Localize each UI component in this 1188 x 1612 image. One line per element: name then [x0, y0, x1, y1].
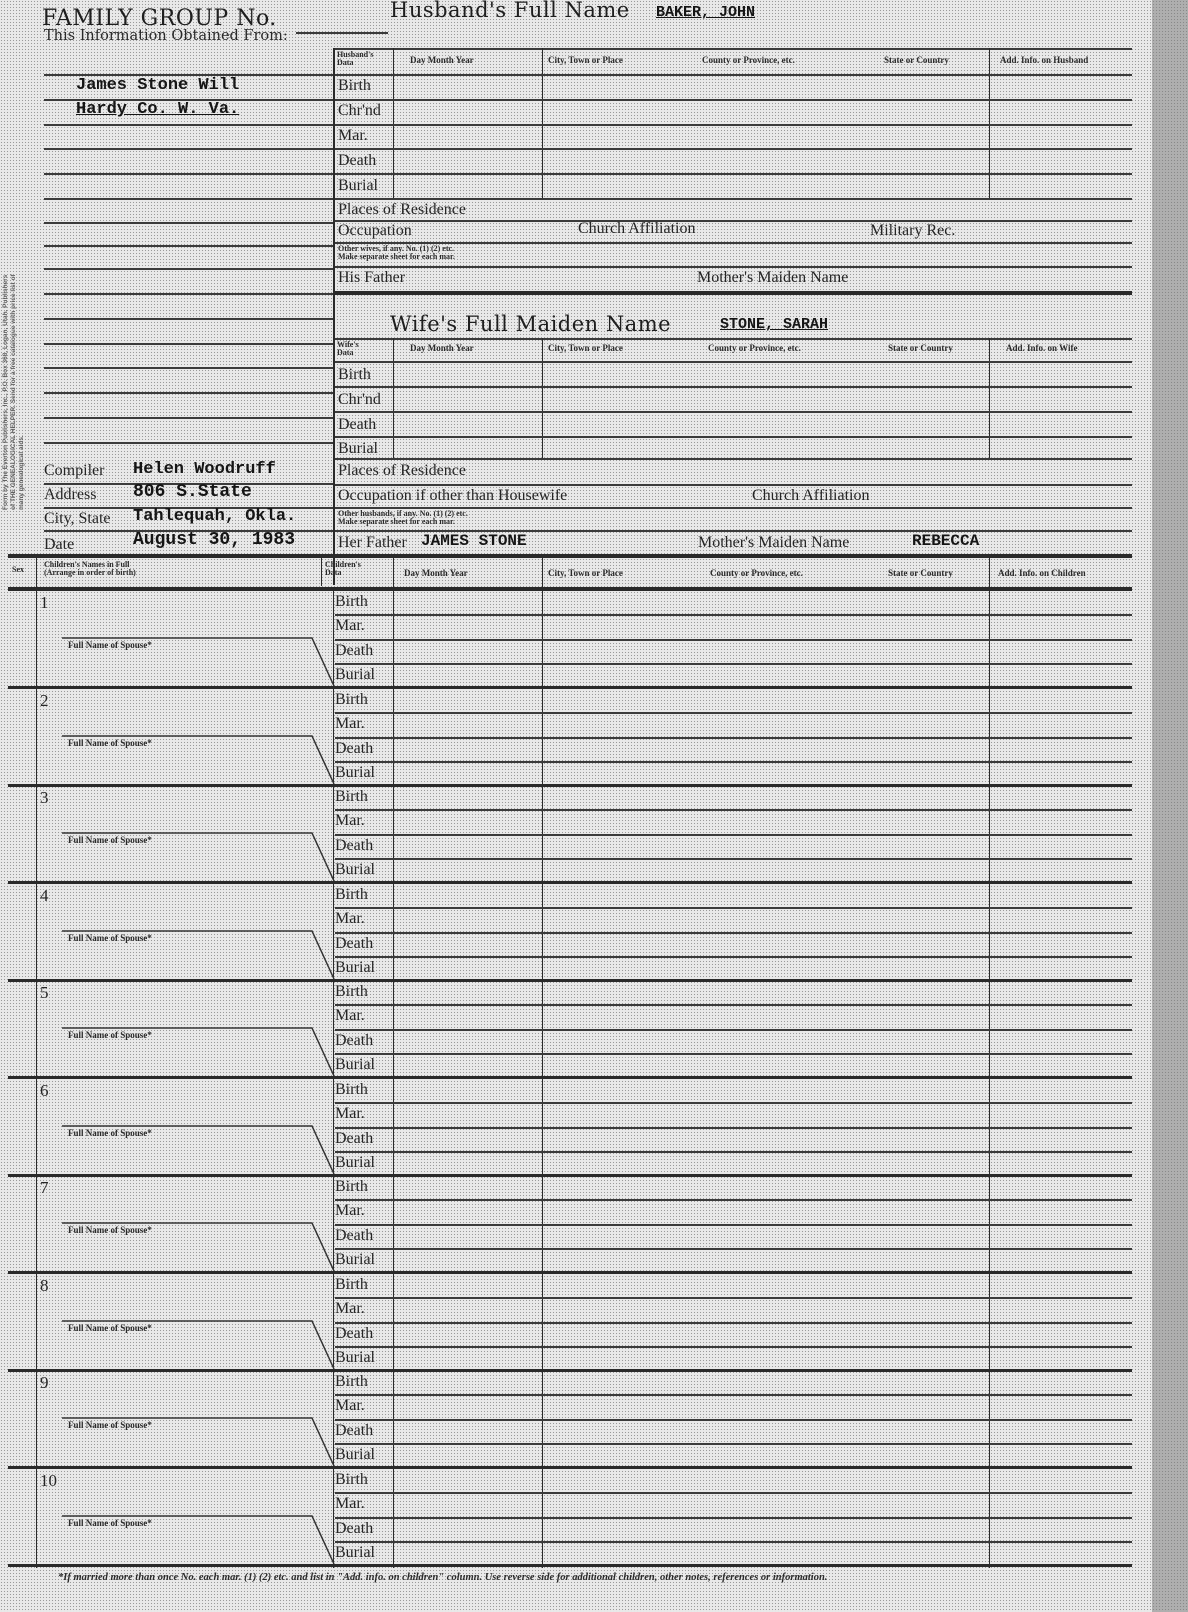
date-label: Date	[44, 536, 74, 554]
husband-row-line	[335, 173, 1132, 175]
child-place-field[interactable]	[545, 1030, 987, 1052]
child-name-field[interactable]	[58, 1275, 318, 1299]
child-addinfo-field[interactable]	[992, 1493, 1130, 1515]
source-line	[44, 173, 333, 175]
child-row-birth: Birth	[335, 1373, 368, 1391]
child-place-field[interactable]	[545, 762, 987, 784]
child-addinfo-field[interactable]	[992, 957, 1130, 979]
husband-row-birth: Birth	[338, 77, 371, 95]
wife-row-line	[335, 386, 1132, 388]
child-date-field[interactable]	[396, 1249, 540, 1271]
child-addinfo-field[interactable]	[992, 1371, 1130, 1393]
child-row-birth: Birth	[335, 788, 368, 806]
child-place-field[interactable]	[545, 1005, 987, 1027]
child-place-field[interactable]	[545, 1469, 987, 1491]
child-row-line	[335, 1492, 1132, 1494]
child-date-field[interactable]	[396, 1323, 540, 1345]
child-row-burial: Burial	[335, 959, 375, 977]
child-place-field[interactable]	[545, 1420, 987, 1442]
wife-occupation: Occupation if other than Housewife	[338, 487, 567, 505]
child-addinfo-field[interactable]	[992, 1225, 1130, 1247]
children-col-state: State or Country	[888, 568, 953, 578]
child-date-field[interactable]	[396, 713, 540, 735]
child-row-line	[335, 1199, 1132, 1201]
child-addinfo-field[interactable]	[992, 1323, 1130, 1345]
children-data-header-line2: Data	[325, 569, 361, 577]
child-name-field[interactable]	[58, 1080, 318, 1104]
child-place-field[interactable]	[545, 615, 987, 637]
husband-name-value[interactable]: BAKER, JOHN	[656, 4, 755, 21]
husband-his-father: His Father	[338, 269, 405, 287]
child-row-line	[335, 1322, 1132, 1324]
family-group-number-field[interactable]	[300, 10, 386, 32]
child-addinfo-field[interactable]	[992, 1518, 1130, 1540]
child-place-field[interactable]	[545, 1079, 987, 1101]
child-place-field[interactable]	[545, 1152, 987, 1174]
child-row-birth: Birth	[335, 983, 368, 1001]
source-line	[44, 318, 333, 320]
compiler-value[interactable]: Helen Woodruff	[133, 460, 276, 479]
wife-row-line	[335, 484, 1132, 486]
husband-section-bottom	[335, 291, 1132, 295]
child-addinfo-field[interactable]	[992, 615, 1130, 637]
child-number: 8	[40, 1276, 49, 1296]
child-row-line	[335, 1102, 1132, 1104]
wife-date-col-divider	[393, 338, 394, 458]
child-place-field[interactable]	[545, 933, 987, 955]
child-name-field[interactable]	[58, 787, 318, 811]
spouse-bracket-line	[60, 930, 340, 982]
child-row-burial: Burial	[335, 1154, 375, 1172]
wife-data-header-text: Wife's Data	[337, 341, 377, 357]
children-date-col-divider	[393, 556, 394, 1568]
child-row-mar: Mar.	[335, 1202, 365, 1220]
child-row-line	[335, 639, 1132, 641]
wife-col-state: State or Country	[888, 343, 953, 353]
child-place-field[interactable]	[545, 1347, 987, 1369]
child-date-field[interactable]	[396, 981, 540, 1003]
child-place-field[interactable]	[545, 1128, 987, 1150]
husband-data-header: Husband's Data	[337, 51, 389, 67]
source-line	[44, 442, 333, 444]
child-date-field[interactable]	[396, 1030, 540, 1052]
child-row-birth: Birth	[335, 1081, 368, 1099]
source-line	[44, 417, 333, 419]
husband-row-line	[335, 266, 1132, 268]
child-place-field[interactable]	[545, 1395, 987, 1417]
child-row-mar: Mar.	[335, 715, 365, 733]
child-number: 9	[40, 1373, 49, 1393]
child-row-death: Death	[335, 935, 373, 953]
child-row-burial: Burial	[335, 1056, 375, 1074]
child-date-field[interactable]	[396, 1176, 540, 1198]
child-addinfo-field[interactable]	[992, 859, 1130, 881]
source-line	[44, 124, 333, 126]
source-line	[44, 148, 333, 150]
child-place-field[interactable]	[545, 1518, 987, 1540]
child-row-burial: Burial	[335, 861, 375, 879]
child-addinfo-field[interactable]	[992, 1079, 1130, 1101]
child-place-field[interactable]	[545, 713, 987, 735]
source-line	[44, 392, 333, 394]
wife-row-line	[335, 458, 1132, 460]
source-line	[44, 343, 333, 345]
child-addinfo-field[interactable]	[992, 1298, 1130, 1320]
child-row-line	[335, 1127, 1132, 1129]
child-addinfo-field[interactable]	[992, 1054, 1130, 1076]
child-place-field[interactable]	[545, 591, 987, 613]
child-place-field[interactable]	[545, 786, 987, 808]
child-row-birth: Birth	[335, 1471, 368, 1489]
child-row-line	[335, 1029, 1132, 1031]
wife-mothers-maiden-name-label: Mother's Maiden Name	[698, 534, 849, 552]
wife-name-value[interactable]: STONE, SARAH	[720, 316, 828, 333]
wife-her-father-value[interactable]: JAMES STONE	[421, 532, 527, 550]
child-row-death: Death	[335, 1422, 373, 1440]
wife-table-top-border	[335, 338, 1132, 340]
children-col-date: Day Month Year	[404, 568, 468, 578]
scan-edge-shading	[1152, 0, 1188, 1612]
child-date-field[interactable]	[396, 664, 540, 686]
child-addinfo-field[interactable]	[992, 1176, 1130, 1198]
child-place-field[interactable]	[545, 1542, 987, 1564]
child-place-field[interactable]	[545, 908, 987, 930]
child-row-line	[335, 1297, 1132, 1299]
child-row-death: Death	[335, 642, 373, 660]
child-addinfo-field[interactable]	[992, 1444, 1130, 1466]
child-date-field[interactable]	[396, 1298, 540, 1320]
child-row-line	[335, 1151, 1132, 1153]
source-line-2[interactable]: Hardy Co. W. Va.	[76, 100, 239, 119]
child-row-mar: Mar.	[335, 1397, 365, 1415]
child-row-line	[335, 907, 1132, 909]
child-addinfo-field[interactable]	[992, 1347, 1130, 1369]
child-date-field[interactable]	[396, 1054, 540, 1076]
child-addinfo-field[interactable]	[992, 762, 1130, 784]
child-row-line	[335, 663, 1132, 665]
child-date-field[interactable]	[396, 859, 540, 881]
source-line	[44, 268, 333, 270]
children-names-header-line2: (Arrange in order of birth)	[44, 569, 136, 577]
child-addinfo-field[interactable]	[992, 1469, 1130, 1491]
husband-occupation: Occupation	[338, 222, 412, 240]
child-place-field[interactable]	[545, 689, 987, 711]
child-date-field[interactable]	[396, 786, 540, 808]
child-place-field[interactable]	[545, 957, 987, 979]
child-row-line	[335, 809, 1132, 811]
spouse-bracket-line	[60, 1515, 340, 1567]
child-row-line	[335, 1419, 1132, 1421]
husband-table-top-border	[335, 48, 1132, 50]
child-date-field[interactable]	[396, 1005, 540, 1027]
husband-row-line	[335, 242, 1132, 244]
child-date-field[interactable]	[396, 1200, 540, 1222]
child-row-mar: Mar.	[335, 812, 365, 830]
child-place-field[interactable]	[545, 1176, 987, 1198]
child-addinfo-field[interactable]	[992, 1128, 1130, 1150]
husband-row-line	[335, 124, 1132, 126]
child-place-field[interactable]	[545, 1054, 987, 1076]
husband-mothers-maiden-name: Mother's Maiden Name	[697, 269, 848, 287]
children-col-addinfo: Add. Info. on Children	[998, 568, 1086, 578]
child-date-field[interactable]	[396, 689, 540, 711]
family-group-number-line	[296, 32, 388, 34]
child-place-field[interactable]	[545, 1225, 987, 1247]
child-row-birth: Birth	[335, 691, 368, 709]
child-row-line	[335, 1053, 1132, 1055]
child-row-mar: Mar.	[335, 1007, 365, 1025]
spouse-bracket-line	[60, 735, 340, 787]
husband-col-state: State or Country	[884, 55, 949, 65]
child-addinfo-field[interactable]	[992, 738, 1130, 760]
child-addinfo-field[interactable]	[992, 1103, 1130, 1125]
child-date-field[interactable]	[396, 1493, 540, 1515]
child-row-death: Death	[335, 1325, 373, 1343]
child-row-birth: Birth	[335, 1276, 368, 1294]
child-row-death: Death	[335, 837, 373, 855]
child-addinfo-field[interactable]	[992, 664, 1130, 686]
child-date-field[interactable]	[396, 1518, 540, 1540]
husband-col-date: Day Month Year	[410, 55, 474, 65]
address-label: Address	[44, 486, 96, 504]
child-row-death: Death	[335, 740, 373, 758]
spouse-bracket-line	[60, 1125, 340, 1177]
child-addinfo-field[interactable]	[992, 1200, 1130, 1222]
child-date-field[interactable]	[396, 1444, 540, 1466]
child-addinfo-field[interactable]	[992, 689, 1130, 711]
child-place-field[interactable]	[545, 1371, 987, 1393]
children-col-city: City, Town or Place	[548, 568, 623, 578]
wife-church-affiliation: Church Affiliation	[752, 487, 869, 505]
child-place-field[interactable]	[545, 1298, 987, 1320]
wife-her-father-label: Her Father	[338, 534, 407, 552]
main-column-divider	[333, 48, 335, 585]
date-value[interactable]: August 30, 1983	[133, 530, 295, 550]
child-place-field[interactable]	[545, 640, 987, 662]
husband-row-line	[335, 220, 1132, 222]
source-line	[44, 367, 333, 369]
source-line	[44, 198, 333, 200]
child-date-field[interactable]	[396, 1152, 540, 1174]
husband-col-addinfo: Add. Info. on Husband	[1000, 55, 1088, 65]
child-addinfo-field[interactable]	[992, 640, 1130, 662]
child-date-field[interactable]	[396, 1225, 540, 1247]
wife-mothers-maiden-name-value[interactable]: REBECCA	[912, 532, 979, 550]
child-addinfo-field[interactable]	[992, 1030, 1130, 1052]
wife-row-birth: Birth	[338, 366, 371, 384]
child-date-field[interactable]	[396, 591, 540, 613]
child-addinfo-field[interactable]	[992, 591, 1130, 613]
child-place-field[interactable]	[545, 1444, 987, 1466]
child-addinfo-field[interactable]	[992, 1542, 1130, 1564]
child-place-field[interactable]	[545, 835, 987, 857]
child-place-field[interactable]	[545, 664, 987, 686]
source-line	[44, 245, 333, 247]
child-row-mar: Mar.	[335, 1105, 365, 1123]
child-name-field[interactable]	[58, 592, 318, 616]
child-name-field[interactable]	[58, 885, 318, 909]
child-row-line	[335, 614, 1132, 616]
child-addinfo-field[interactable]	[992, 1249, 1130, 1271]
compiler-label: Compiler	[44, 462, 104, 480]
child-addinfo-field[interactable]	[992, 933, 1130, 955]
child-date-field[interactable]	[396, 1542, 540, 1564]
child-row-line	[335, 1394, 1132, 1396]
child-row-line	[335, 1224, 1132, 1226]
wife-row-burial: Burial	[338, 440, 378, 458]
child-number: 1	[40, 593, 49, 613]
husband-row-death: Death	[338, 152, 376, 170]
wife-col-city: City, Town or Place	[548, 343, 623, 353]
child-date-field[interactable]	[396, 762, 540, 784]
child-addinfo-field[interactable]	[992, 835, 1130, 857]
child-date-field[interactable]	[396, 615, 540, 637]
child-row-line	[335, 956, 1132, 958]
child-date-field[interactable]	[396, 933, 540, 955]
child-date-field[interactable]	[396, 884, 540, 906]
child-addinfo-field[interactable]	[992, 810, 1130, 832]
child-date-field[interactable]	[396, 810, 540, 832]
child-addinfo-field[interactable]	[992, 1420, 1130, 1442]
wife-name-label: Wife's Full Maiden Name	[390, 312, 671, 336]
child-name-field[interactable]	[58, 690, 318, 714]
child-row-burial: Burial	[335, 1446, 375, 1464]
child-date-field[interactable]	[396, 1469, 540, 1491]
child-place-field[interactable]	[545, 859, 987, 881]
spouse-bracket-line	[60, 1320, 340, 1372]
child-number: 3	[40, 788, 49, 808]
husband-other-wives-note: Other wives, if any. No. (1) (2) etc. Ma…	[338, 245, 455, 261]
child-addinfo-field[interactable]	[992, 786, 1130, 808]
child-row-burial: Burial	[335, 764, 375, 782]
child-date-field[interactable]	[396, 1395, 540, 1417]
child-date-field[interactable]	[396, 1347, 540, 1369]
child-number: 7	[40, 1178, 49, 1198]
child-date-field[interactable]	[396, 1420, 540, 1442]
child-date-field[interactable]	[396, 738, 540, 760]
child-row-birth: Birth	[335, 886, 368, 904]
husband-military-rec: Military Rec.	[870, 222, 955, 240]
child-addinfo-field[interactable]	[992, 1274, 1130, 1296]
child-place-field[interactable]	[545, 1200, 987, 1222]
child-place-field[interactable]	[545, 1493, 987, 1515]
child-date-field[interactable]	[396, 640, 540, 662]
wife-row-line	[335, 361, 1132, 363]
husband-row-line	[335, 148, 1132, 150]
child-place-field[interactable]	[545, 738, 987, 760]
child-row-line	[335, 737, 1132, 739]
footer-note: *If married more than once No. each mar.…	[58, 1572, 827, 1583]
child-addinfo-field[interactable]	[992, 884, 1130, 906]
husband-addinfo-col-divider	[989, 48, 990, 198]
wife-places-of-residence: Places of Residence	[338, 462, 466, 480]
wife-place-col-divider	[542, 338, 543, 458]
child-date-field[interactable]	[396, 957, 540, 979]
husband-name-label: Husband's Full Name	[390, 0, 630, 22]
child-row-line	[335, 932, 1132, 934]
husband-row-christened: Chr'nd	[338, 102, 381, 120]
husband-data-header-text: Husband's Data	[337, 51, 389, 67]
child-row-burial: Burial	[335, 1251, 375, 1269]
husband-row-line	[335, 198, 1132, 200]
child-addinfo-field[interactable]	[992, 1152, 1130, 1174]
child-addinfo-field[interactable]	[992, 908, 1130, 930]
child-name-field[interactable]	[58, 1372, 318, 1396]
address-value[interactable]: 806 S.State	[133, 482, 252, 502]
children-header-top-border	[8, 554, 1132, 558]
child-place-field[interactable]	[545, 1323, 987, 1345]
wife-row-death: Death	[338, 416, 376, 434]
child-place-field[interactable]	[545, 1249, 987, 1271]
wife-col-date: Day Month Year	[410, 343, 474, 353]
child-number: 6	[40, 1081, 49, 1101]
child-row-line	[335, 761, 1132, 763]
wife-row-christened: Chr'nd	[338, 391, 381, 409]
child-name-field[interactable]	[58, 1470, 318, 1494]
city-state-value[interactable]: Tahlequah, Okla.	[133, 507, 296, 526]
child-place-field[interactable]	[545, 884, 987, 906]
child-date-field[interactable]	[396, 835, 540, 857]
child-row-line	[335, 1443, 1132, 1445]
child-addinfo-field[interactable]	[992, 713, 1130, 735]
child-date-field[interactable]	[396, 1274, 540, 1296]
child-place-field[interactable]	[545, 1274, 987, 1296]
child-row-line	[335, 1004, 1132, 1006]
child-place-field[interactable]	[545, 981, 987, 1003]
child-date-field[interactable]	[396, 1371, 540, 1393]
child-row-line	[335, 834, 1132, 836]
child-row-mar: Mar.	[335, 910, 365, 928]
husband-row-burial: Burial	[338, 177, 378, 195]
child-number: 4	[40, 886, 49, 906]
child-addinfo-field[interactable]	[992, 1395, 1130, 1417]
child-date-field[interactable]	[396, 1103, 540, 1125]
other-husbands-line2: Make separate sheet for each mar.	[338, 518, 468, 526]
source-line-1[interactable]: James Stone Will	[76, 76, 239, 95]
child-addinfo-field[interactable]	[992, 981, 1130, 1003]
children-addinfo-col-divider	[989, 556, 990, 1568]
city-state-label: City, State	[44, 510, 111, 528]
child-date-field[interactable]	[396, 1128, 540, 1150]
husband-church-affiliation: Church Affiliation	[578, 220, 695, 238]
other-wives-line2: Make separate sheet for each mar.	[338, 253, 455, 261]
wife-data-header: Wife's Data	[337, 341, 377, 357]
child-row-line	[335, 1517, 1132, 1519]
child-row-line	[335, 712, 1132, 714]
child-date-field[interactable]	[396, 1079, 540, 1101]
child-place-field[interactable]	[545, 1103, 987, 1125]
child-name-field[interactable]	[58, 1177, 318, 1201]
spouse-bracket-line	[60, 1222, 340, 1274]
husband-row-line	[335, 99, 1132, 101]
husband-places-of-residence: Places of Residence	[338, 201, 466, 219]
child-row-line	[335, 1346, 1132, 1348]
wife-other-husbands-note: Other husbands, if any. No. (1) (2) etc.…	[338, 510, 468, 526]
child-row-burial: Burial	[335, 1349, 375, 1367]
publisher-note: Form by The Everton Publishers, Inc., P.…	[2, 270, 50, 510]
child-place-field[interactable]	[545, 810, 987, 832]
child-row-line	[335, 1248, 1132, 1250]
children-names-header: Children's Names in Full (Arrange in ord…	[44, 561, 136, 577]
child-number: 5	[40, 983, 49, 1003]
child-addinfo-field[interactable]	[992, 1005, 1130, 1027]
child-name-field[interactable]	[58, 982, 318, 1006]
child-row-death: Death	[335, 1227, 373, 1245]
child-row-mar: Mar.	[335, 1300, 365, 1318]
child-row-death: Death	[335, 1130, 373, 1148]
children-data-header: Children's Data	[325, 561, 361, 577]
child-date-field[interactable]	[396, 908, 540, 930]
